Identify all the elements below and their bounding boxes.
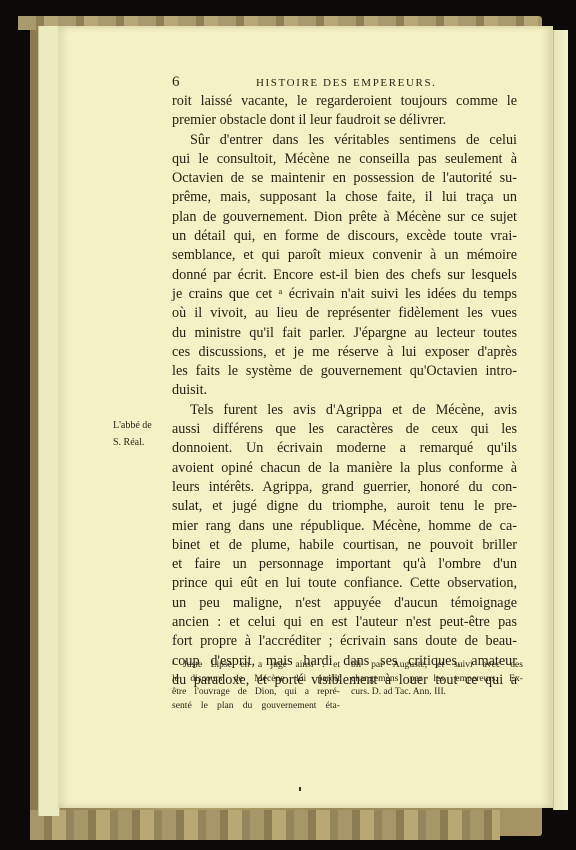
text-line: ancien : et celui qui en est l'auteur n'… [172,613,517,632]
marginal-note-line: L'abbé de [113,417,168,434]
footnote-line: bli par Auguste, et suivi avec des [351,658,523,672]
text-line: semblance, et qui paroît mieux convenir … [172,246,517,265]
footnote-line: être l'ouvrage de Dion, qui a repré- [172,685,340,699]
footnote-line: senté le plan du gouvernement éta- [172,699,340,713]
text-line: plan de gouvernement. Dion prête à Mécèn… [172,208,517,227]
text-line: prince qui eût en lui toute confiance. C… [172,574,517,593]
text-line: prême, mais, supposant la chose faite, i… [172,188,517,207]
text-line: où il vivoit, au lieu de représenter fid… [172,304,517,323]
text-line: duisit. [172,381,517,400]
text-line: sulat, et jugé digne du triomphe, auroit… [172,497,517,516]
footnote-column-right: bli par Auguste, et suivi avec des chang… [351,658,523,699]
text-line: Tels furent les avis d'Agrippa et de Méc… [172,401,517,420]
running-title: HISTOIRE DES EMPEREURS. [256,77,437,89]
text-line: ces discussions, et je me réserve à lui … [172,343,517,362]
body-text: roit laissé vacante, le regarderoient to… [172,92,517,690]
text-line: donnoient. Un écrivain moderne a remarqu… [172,439,517,458]
text-line: fort propre à l'accréditer ; écrivain sa… [172,632,517,651]
text-line: donné par écrit. Encore est-il bien des … [172,266,517,285]
next-page-edge [553,30,568,810]
flyleaf-edge [38,26,60,816]
marginal-note: L'abbé de S. Réal. [113,417,168,451]
text-line: et faire un personnage important qu'à l'… [172,555,517,574]
text-line: mier rang dans une république. Mécène, h… [172,517,517,536]
footnote-line: le discours de Mécène lui paroît [172,672,340,686]
page-number: 6 [172,74,180,91]
text-line: roit laissé vacante, le regarderoient to… [172,92,517,111]
text-line: binet et de plume, habile courtisan, ne … [172,536,517,555]
paper-speck [299,787,301,791]
footnote-line: ᵃ Juste Lipse en a jugé ainsi : et [172,658,340,672]
text-line: un détail qui, en forme de discours, exc… [172,227,517,246]
text-line: leurs intérêts. Agrippa, grand guerrier,… [172,478,517,497]
text-line: un peu maligne, n'est appuyée d'aucun té… [172,594,517,613]
text-line: du ministre qu'il fait parler. J'épargne… [172,324,517,343]
running-head: 6 HISTOIRE DES EMPEREURS. [172,77,517,93]
text-line: premier obstacle dont il leur faudroit s… [172,111,517,130]
text-line: aussi différens que les caractères de ce… [172,420,517,439]
text-line: je crains que cet ᵃ écrivain n'ait suivi… [172,285,517,304]
text-line: qui le consultoit, Mécène ne conseilla p… [172,150,517,169]
text-line: avoient opiné chacun de la manière la pl… [172,459,517,478]
marginal-note-line: S. Réal. [113,434,168,451]
text-line: Octavien de se maintenir en possession d… [172,169,517,188]
text-line: les faits le système de gouvernement qu'… [172,362,517,381]
footnote-line: curs. D. ad Tac. Ann. III. [351,685,523,699]
book-cover-bottom-edge [30,810,500,840]
footnote-line: changemens par les empereurs. Ex- [351,672,523,686]
footnote-column-left: ᵃ Juste Lipse en a jugé ainsi : et le di… [172,658,340,712]
text-line: Sûr d'entrer dans les véritables sentime… [172,131,517,150]
